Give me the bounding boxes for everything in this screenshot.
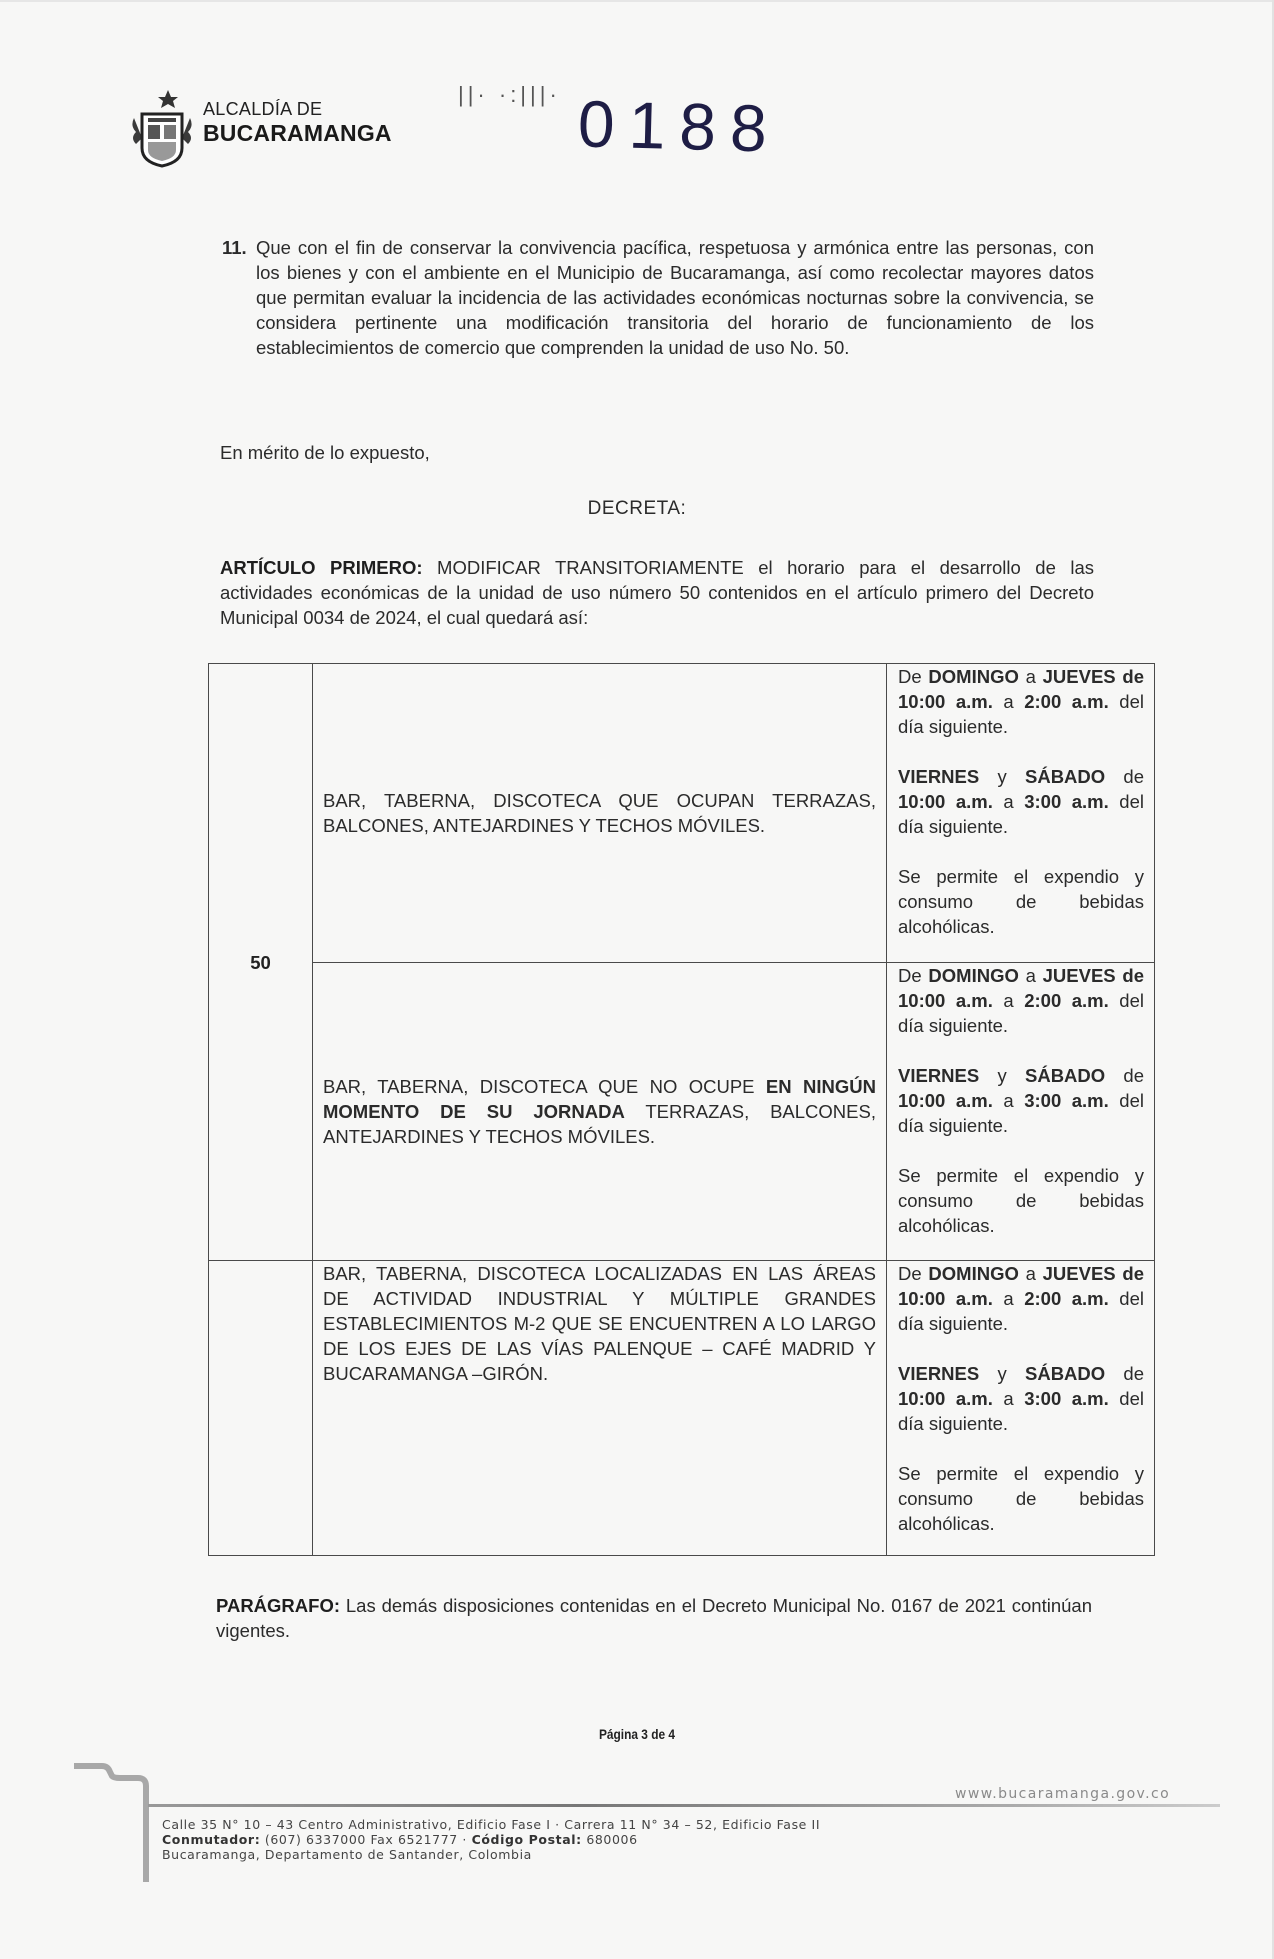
- footer-address: Calle 35 N° 10 – 43 Centro Administrativ…: [162, 1817, 820, 1862]
- consideration-number: 11.: [222, 235, 247, 260]
- stamp-marks: ||· ·:|||·: [458, 82, 561, 108]
- table-row: BAR, TABERNA, DISCOTECA LOCALIZADAS EN L…: [209, 1261, 1155, 1556]
- page-number: Página 3 de 4: [96, 1726, 1179, 1742]
- footer-website-link[interactable]: www.bucaramanga.gov.co: [955, 1786, 1170, 1802]
- org-name-line2: BUCARAMANGA: [203, 122, 392, 145]
- paragrafo: PARÁGRAFO: Las demás disposiciones conte…: [216, 1593, 1092, 1643]
- footer-address-line3: Bucaramanga, Departamento de Santander, …: [162, 1847, 820, 1862]
- schedule-table: 50 BAR, TABERNA, DISCOTECA QUE OCUPAN TE…: [208, 663, 1155, 1556]
- paragrafo-text: Las demás disposiciones contenidas en el…: [216, 1595, 1092, 1641]
- merito-text: En mérito de lo expuesto,: [220, 440, 430, 465]
- decree-number: 0188: [577, 85, 782, 166]
- description-text: BAR, TABERNA, DISCOTECA LOCALIZADAS EN L…: [323, 1263, 876, 1384]
- schedule-weekend: VIERNES y SÁBADO de 10:00 a.m. a 3:00 a.…: [898, 1361, 1144, 1436]
- schedule-cell: De DOMINGO a JUEVES de 10:00 a.m. a 2:00…: [887, 1261, 1155, 1556]
- table-row: BAR, TABERNA, DISCOTECA QUE NO OCUPE EN …: [209, 963, 1155, 1261]
- footer-divider: [148, 1804, 1220, 1807]
- coat-of-arms-icon: [128, 88, 196, 168]
- articulo-primero: ARTÍCULO PRIMERO: MODIFICAR TRANSITORIAM…: [220, 555, 1094, 630]
- schedule-weekday: De DOMINGO a JUEVES de 10:00 a.m. a 2:00…: [898, 664, 1144, 739]
- consideration-text: Que con el fin de conservar la convivenc…: [256, 237, 1094, 358]
- schedule-weekday: De DOMINGO a JUEVES de 10:00 a.m. a 2:00…: [898, 963, 1144, 1038]
- consideration-item-11: 11. Que con el fin de conservar la convi…: [256, 235, 1094, 360]
- unit-code-cell-continued: [209, 1261, 313, 1556]
- description-cell: BAR, TABERNA, DISCOTECA QUE OCUPAN TERRA…: [313, 664, 887, 963]
- description-cell: BAR, TABERNA, DISCOTECA QUE NO OCUPE EN …: [313, 963, 887, 1261]
- footer-contact-line: Conmutador: (607) 6337000 Fax 6521777 · …: [162, 1832, 820, 1847]
- schedule-weekend: VIERNES y SÁBADO de 10:00 a.m. a 3:00 a.…: [898, 764, 1144, 839]
- footer-bracket-icon: [72, 1752, 152, 1882]
- schedule-alcohol-note: Se permite el expendio y consumo de bebi…: [898, 864, 1144, 939]
- schedule-cell: De DOMINGO a JUEVES de 10:00 a.m. a 2:00…: [887, 963, 1155, 1261]
- org-name-line1: ALCALDÍA DE: [203, 100, 392, 118]
- schedule-alcohol-note: Se permite el expendio y consumo de bebi…: [898, 1461, 1144, 1536]
- schedule-alcohol-note: Se permite el expendio y consumo de bebi…: [898, 1163, 1144, 1238]
- description-text: BAR, TABERNA, DISCOTECA QUE OCUPAN TERRA…: [323, 790, 876, 836]
- schedule-weekend: VIERNES y SÁBADO de 10:00 a.m. a 3:00 a.…: [898, 1063, 1144, 1138]
- schedule-weekday: De DOMINGO a JUEVES de 10:00 a.m. a 2:00…: [898, 1261, 1144, 1336]
- description-cell: BAR, TABERNA, DISCOTECA LOCALIZADAS EN L…: [313, 1261, 887, 1556]
- table-row: 50 BAR, TABERNA, DISCOTECA QUE OCUPAN TE…: [209, 664, 1155, 963]
- unit-code: 50: [250, 952, 271, 973]
- org-name: ALCALDÍA DE BUCARAMANGA: [203, 100, 392, 145]
- articulo-label: ARTÍCULO PRIMERO:: [220, 557, 423, 578]
- footer-address-line1: Calle 35 N° 10 – 43 Centro Administrativ…: [162, 1817, 820, 1832]
- decreta-heading: DECRETA:: [0, 496, 1274, 521]
- schedule-cell: De DOMINGO a JUEVES de 10:00 a.m. a 2:00…: [887, 664, 1155, 963]
- page-edge: [0, 0, 1274, 2]
- paragrafo-label: PARÁGRAFO:: [216, 1595, 340, 1616]
- unit-code-cell: 50: [209, 664, 313, 1261]
